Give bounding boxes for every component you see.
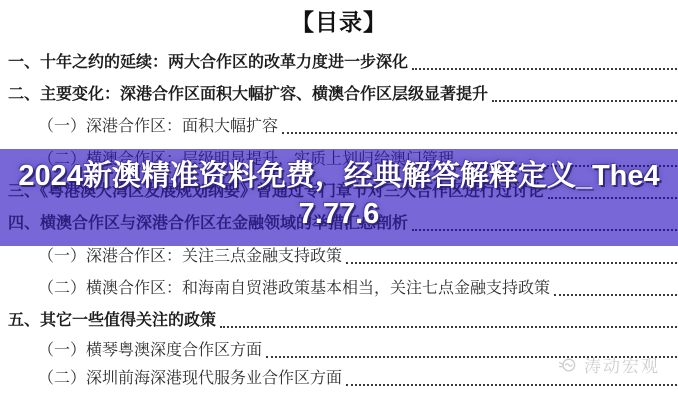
dot-leader bbox=[220, 326, 677, 328]
toc-page: 【目录】 一、十年之约的延续：两大合作区的改革力度进一步深化 二、主要变化：深港… bbox=[0, 0, 678, 395]
promo-banner: 2024新澳精准资料免费，经典解答解释定义_The4 7.77.6 bbox=[0, 157, 678, 233]
toc-item-label: （一）深港合作区：关注三点金融支持政策 bbox=[38, 246, 342, 268]
toc-item-1[interactable]: 一、十年之约的延续：两大合作区的改革力度进一步深化 bbox=[0, 52, 678, 74]
dot-leader bbox=[412, 68, 677, 70]
toc-item-2[interactable]: 二、主要变化：深港合作区面积大幅扩容、横澳合作区层级显著提升 bbox=[0, 84, 678, 106]
toc-item-5[interactable]: 五、其它一些值得关注的政策 bbox=[0, 310, 678, 332]
page-title: 【目录】 bbox=[0, 4, 678, 37]
dot-leader bbox=[346, 262, 677, 264]
dot-leader bbox=[282, 132, 677, 134]
toc-item-label: （一）横琴粤澳深度合作区方面 bbox=[38, 340, 262, 362]
promo-banner-line2: 7.77.6 bbox=[0, 195, 678, 233]
toc-item-label: （二）深圳前海深港现代服务业合作区方面 bbox=[38, 368, 342, 390]
toc-item-label: （二）横澳合作区：和海南自贸港政策基本相当，关注七点金融支持政策 bbox=[38, 278, 550, 300]
dot-leader bbox=[492, 100, 677, 102]
dot-leader bbox=[554, 294, 677, 296]
promo-banner-line1: 2024新澳精准资料免费，经典解答解释定义_The4 bbox=[0, 157, 678, 195]
toc-item-2-1[interactable]: （一）深港合作区：面积大幅扩容 bbox=[0, 116, 678, 138]
toc-item-label: （一）深港合作区：面积大幅扩容 bbox=[38, 116, 278, 138]
dot-leader bbox=[346, 384, 677, 386]
toc-item-label: 二、主要变化：深港合作区面积大幅扩容、横澳合作区层级显著提升 bbox=[8, 84, 488, 106]
toc-item-4-1[interactable]: （一）深港合作区：关注三点金融支持政策 bbox=[0, 246, 678, 268]
watermark-label: 涛动宏观 bbox=[584, 352, 660, 377]
toc-item-4-2[interactable]: （二）横澳合作区：和海南自贸港政策基本相当，关注七点金融支持政策 bbox=[0, 278, 678, 300]
wave-logo-icon bbox=[558, 355, 578, 375]
toc-item-label: 五、其它一些值得关注的政策 bbox=[8, 310, 216, 332]
toc-item-label: 一、十年之约的延续：两大合作区的改革力度进一步深化 bbox=[8, 52, 408, 74]
watermark: 涛动宏观 bbox=[558, 352, 660, 377]
